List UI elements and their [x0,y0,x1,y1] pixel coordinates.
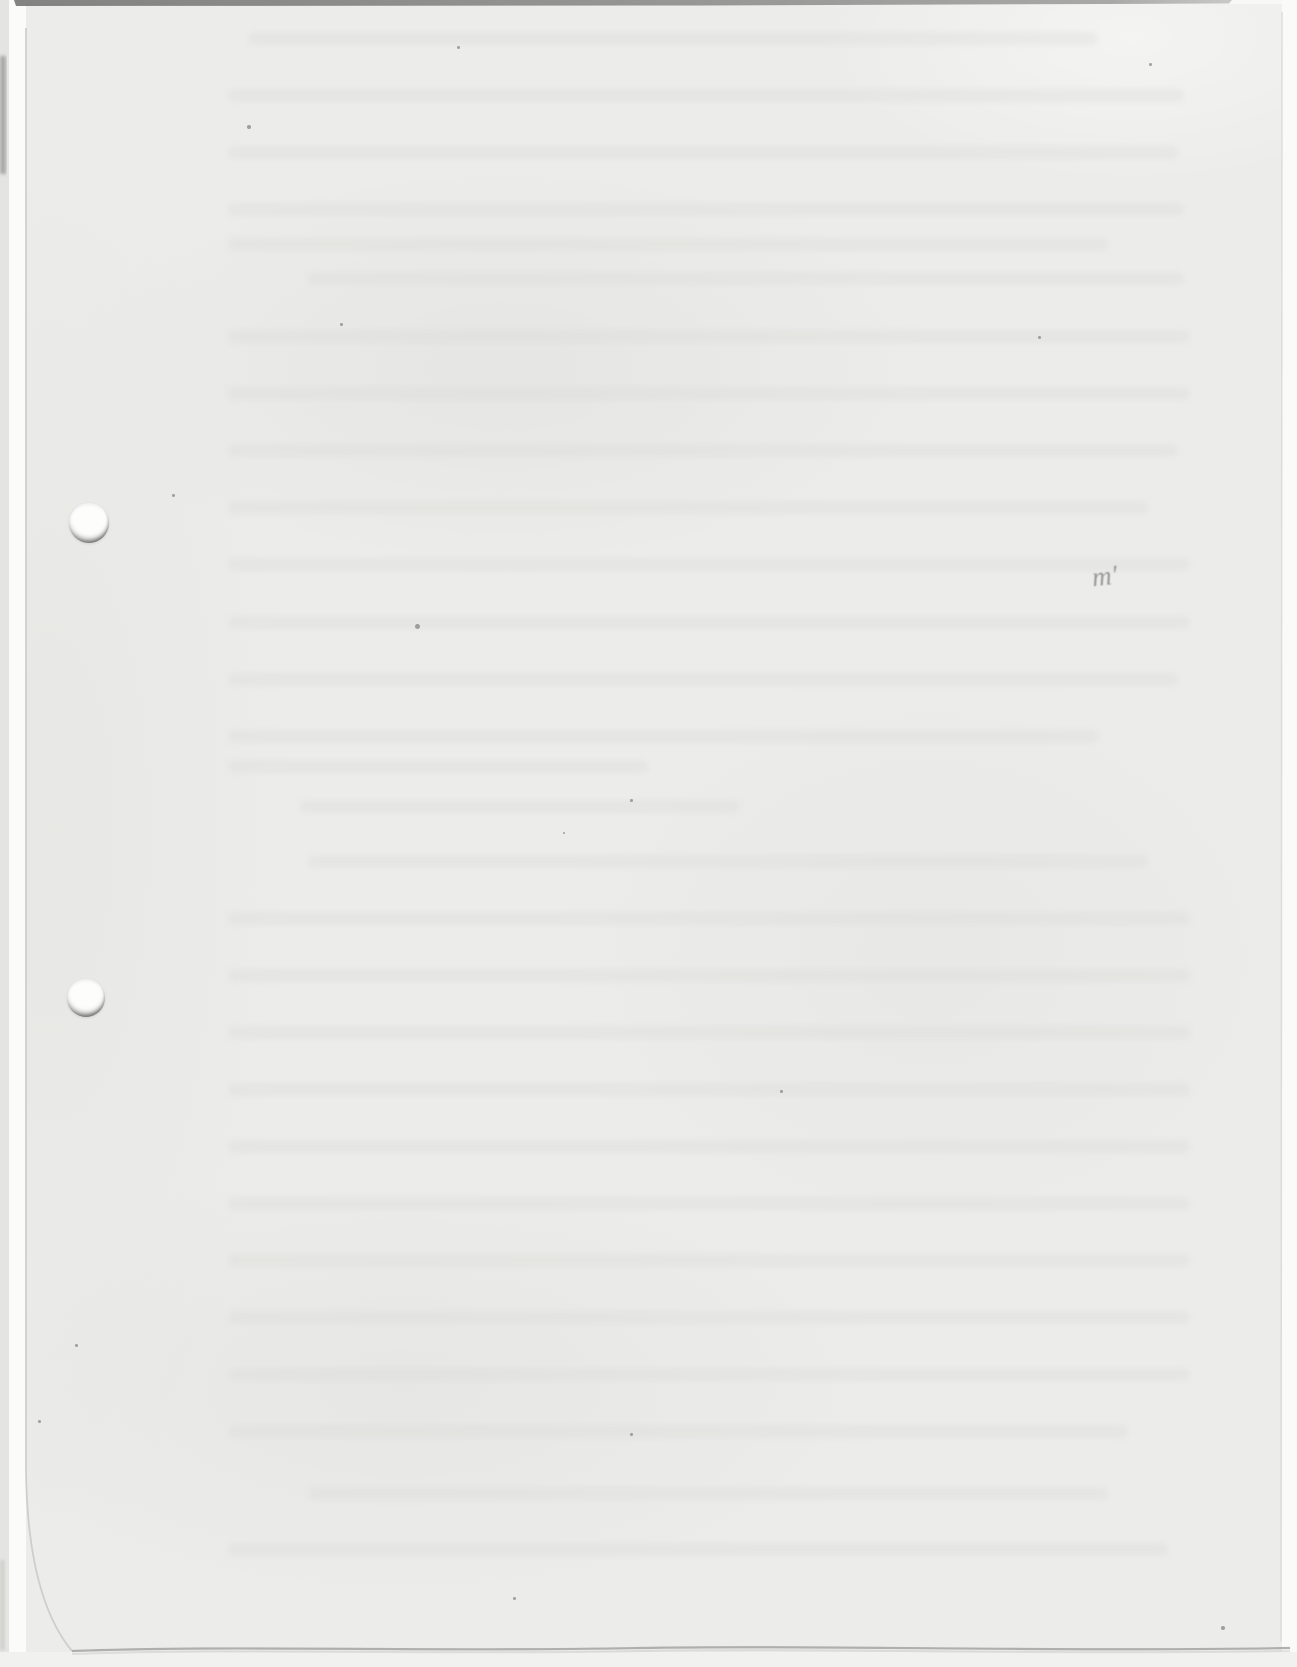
handwritten-mark: m′ [1091,562,1119,592]
dust-speck [513,1597,516,1600]
dust-speck [415,624,420,629]
dust-speck [247,125,251,129]
dust-speck [630,799,633,802]
scanned-document: m′ [0,0,1297,1667]
dust-speck [1221,1626,1225,1630]
dust-speck [780,1090,783,1093]
dust-speck [630,1433,633,1436]
dust-speck [172,494,175,497]
dust-speck [1149,63,1152,66]
dust-speck [563,832,565,834]
dust-speck [1038,336,1041,339]
specks-layer [0,0,1297,1667]
dust-speck [38,1420,41,1423]
dust-speck [340,323,343,326]
dust-speck [457,46,460,49]
dust-speck [75,1344,78,1347]
